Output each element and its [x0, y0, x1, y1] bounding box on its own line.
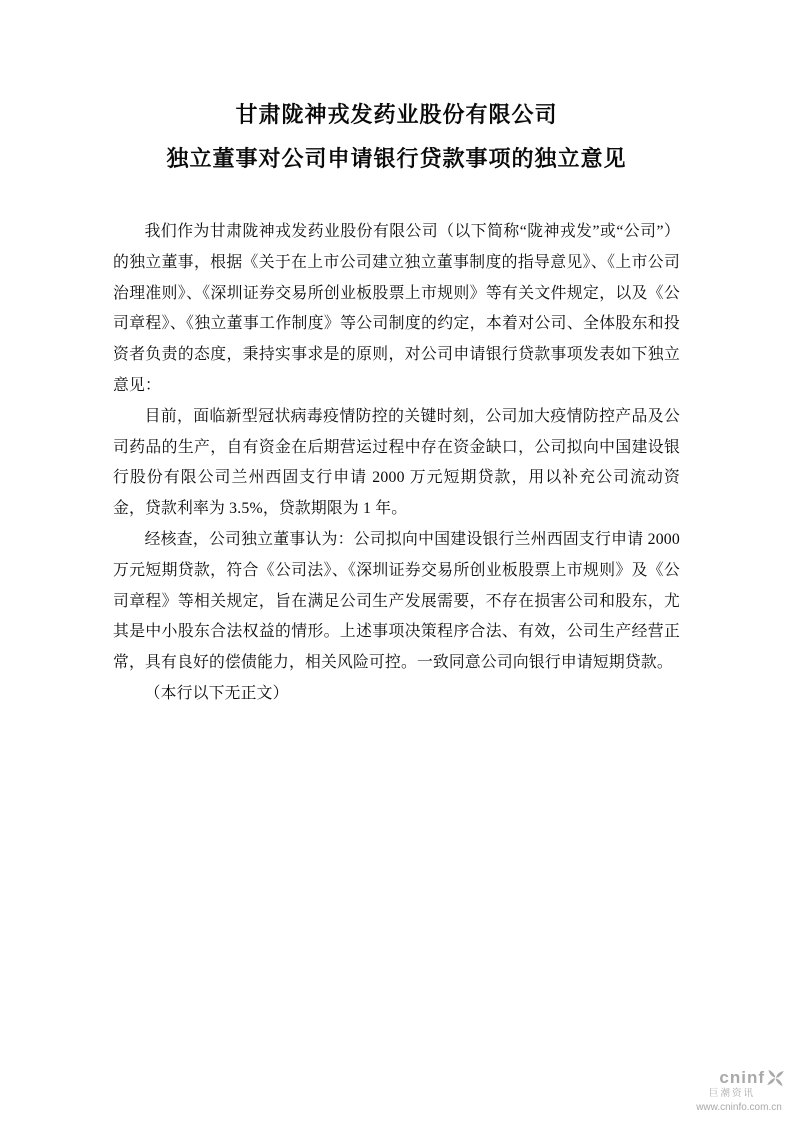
- paragraph-independent-opinion: 经核查，公司独立董事认为：公司拟向中国建设银行兰州西固支行申请 2000 万元短…: [113, 525, 680, 679]
- paragraph-loan-background: 目前，面临新型冠状病毒疫情防控的关键时刻，公司加大疫情防控产品及公司药品的生产，…: [113, 402, 680, 525]
- paragraph-introduction: 我们作为甘肃陇神戎发药业股份有限公司（以下简称“陇神戎发”或“公司”）的独立董事…: [113, 217, 680, 402]
- cninfo-logo-text: cninf: [719, 1068, 765, 1088]
- document-body: 甘肃陇神戎发药业股份有限公司 独立董事对公司申请银行贷款事项的独立意见 我们作为…: [113, 101, 680, 710]
- cninfo-logo-chinese: 巨潮资讯: [691, 1089, 787, 1100]
- pinwheel-icon: [766, 1069, 785, 1087]
- document-title-line-2: 独立董事对公司申请银行贷款事项的独立意见: [113, 145, 680, 173]
- document-page: 甘肃陇神戎发药业股份有限公司 独立董事对公司申请银行贷款事项的独立意见 我们作为…: [0, 0, 793, 1122]
- cninfo-url: www.cninfo.com.cn: [691, 1102, 787, 1114]
- cninfo-logo-row: cninf: [691, 1068, 787, 1088]
- document-title-line-1: 甘肃陇神戎发药业股份有限公司: [113, 101, 680, 129]
- paragraph-no-more-text-note: （本行以下无正文）: [113, 679, 680, 710]
- cninfo-watermark: cninf 巨潮资讯 www.cninfo.com.cn: [691, 1068, 787, 1113]
